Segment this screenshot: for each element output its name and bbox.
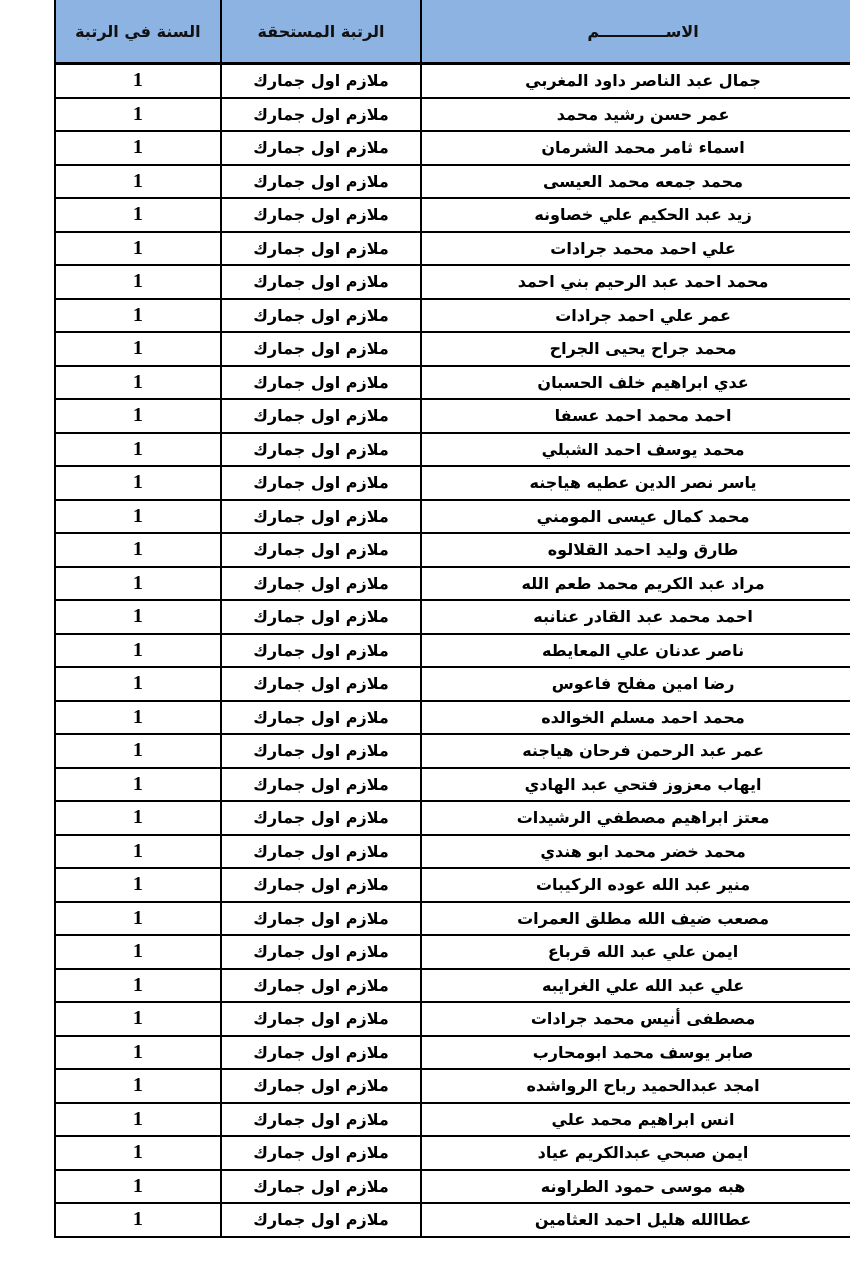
table-row: عدي ابراهيم خلف الحسبانملازم اول جمارك1 xyxy=(55,366,850,400)
table-row: ايمن صبحي عبدالكريم عيادملازم اول جمارك1 xyxy=(55,1136,850,1170)
promotion-table: الاســــــــــــم الرتبة المستحقة السنة … xyxy=(54,0,850,1238)
table-row: عمر عبد الرحمن فرحان هياجنهملازم اول جما… xyxy=(55,734,850,768)
cell-year: 1 xyxy=(55,1170,221,1204)
cell-rank: ملازم اول جمارك xyxy=(221,1069,422,1103)
cell-name: جمال عبد الناصر داود المغربي xyxy=(421,64,850,98)
cell-rank: ملازم اول جمارك xyxy=(221,768,422,802)
cell-rank: ملازم اول جمارك xyxy=(221,667,422,701)
cell-year: 1 xyxy=(55,399,221,433)
cell-rank: ملازم اول جمارك xyxy=(221,902,422,936)
table-row: احمد محمد احمد عسفاملازم اول جمارك1 xyxy=(55,399,850,433)
table-row: مصعب ضيف الله مطلق العمراتملازم اول جمار… xyxy=(55,902,850,936)
cell-rank: ملازم اول جمارك xyxy=(221,1170,422,1204)
table-row: ناصر عدنان علي المعايطهملازم اول جمارك1 xyxy=(55,634,850,668)
table-row: اسماء ثامر محمد الشرمانملازم اول جمارك1 xyxy=(55,131,850,165)
cell-name: رضا امين مفلح فاعوس xyxy=(421,667,850,701)
cell-rank: ملازم اول جمارك xyxy=(221,634,422,668)
cell-year: 1 xyxy=(55,98,221,132)
cell-name: علي احمد محمد جرادات xyxy=(421,232,850,266)
cell-name: ناصر عدنان علي المعايطه xyxy=(421,634,850,668)
cell-rank: ملازم اول جمارك xyxy=(221,969,422,1003)
table-row: عمر علي احمد جراداتملازم اول جمارك1 xyxy=(55,299,850,333)
cell-rank: ملازم اول جمارك xyxy=(221,265,422,299)
table-row: زيد عبد الحكيم علي خصاونهملازم اول جمارك… xyxy=(55,198,850,232)
table-row: طارق وليد احمد القلالوهملازم اول جمارك1 xyxy=(55,533,850,567)
cell-year: 1 xyxy=(55,1069,221,1103)
cell-year: 1 xyxy=(55,1036,221,1070)
table-row: ايمن علي عبد الله قرباعملازم اول جمارك1 xyxy=(55,935,850,969)
cell-name: علي عبد الله علي الغرايبه xyxy=(421,969,850,1003)
table-row: عطاالله هليل احمد العثامينملازم اول جمار… xyxy=(55,1203,850,1237)
cell-year: 1 xyxy=(55,332,221,366)
table-row: محمد جمعه محمد العيسىملازم اول جمارك1 xyxy=(55,165,850,199)
cell-rank: ملازم اول جمارك xyxy=(221,500,422,534)
cell-rank: ملازم اول جمارك xyxy=(221,232,422,266)
cell-name: عمر حسن رشيد محمد xyxy=(421,98,850,132)
cell-year: 1 xyxy=(55,969,221,1003)
cell-name: محمد يوسف احمد الشبلي xyxy=(421,433,850,467)
cell-rank: ملازم اول جمارك xyxy=(221,1203,422,1237)
cell-rank: ملازم اول جمارك xyxy=(221,734,422,768)
cell-name: محمد جمعه محمد العيسى xyxy=(421,165,850,199)
cell-name: محمد جراح يحيى الجراح xyxy=(421,332,850,366)
cell-name: محمد خضر محمد ابو هندي xyxy=(421,835,850,869)
cell-rank: ملازم اول جمارك xyxy=(221,399,422,433)
cell-rank: ملازم اول جمارك xyxy=(221,198,422,232)
cell-rank: ملازم اول جمارك xyxy=(221,600,422,634)
cell-year: 1 xyxy=(55,935,221,969)
cell-year: 1 xyxy=(55,299,221,333)
cell-year: 1 xyxy=(55,600,221,634)
cell-name: عدي ابراهيم خلف الحسبان xyxy=(421,366,850,400)
table-row: عمر حسن رشيد محمدملازم اول جمارك1 xyxy=(55,98,850,132)
table-row: محمد احمد عبد الرحيم بني احمدملازم اول ج… xyxy=(55,265,850,299)
table-row: رضا امين مفلح فاعوسملازم اول جمارك1 xyxy=(55,667,850,701)
table-header-row: الاســــــــــــم الرتبة المستحقة السنة … xyxy=(55,0,850,64)
cell-name: معتز ابراهيم مصطفي الرشيدات xyxy=(421,801,850,835)
cell-name: مصعب ضيف الله مطلق العمرات xyxy=(421,902,850,936)
cell-year: 1 xyxy=(55,902,221,936)
cell-rank: ملازم اول جمارك xyxy=(221,64,422,98)
cell-rank: ملازم اول جمارك xyxy=(221,433,422,467)
cell-name: عمر علي احمد جرادات xyxy=(421,299,850,333)
cell-rank: ملازم اول جمارك xyxy=(221,1136,422,1170)
table-row: محمد جراح يحيى الجراحملازم اول جمارك1 xyxy=(55,332,850,366)
cell-rank: ملازم اول جمارك xyxy=(221,1002,422,1036)
cell-year: 1 xyxy=(55,500,221,534)
cell-rank: ملازم اول جمارك xyxy=(221,366,422,400)
cell-name: زيد عبد الحكيم علي خصاونه xyxy=(421,198,850,232)
table-row: علي عبد الله علي الغرايبهملازم اول جمارك… xyxy=(55,969,850,1003)
table-row: محمد احمد مسلم الخوالدهملازم اول جمارك1 xyxy=(55,701,850,735)
cell-name: مصطفى أنيس محمد جرادات xyxy=(421,1002,850,1036)
table-row: ايهاب معزوز فتحي عبد الهاديملازم اول جما… xyxy=(55,768,850,802)
cell-name: احمد محمد احمد عسفا xyxy=(421,399,850,433)
cell-name: طارق وليد احمد القلالوه xyxy=(421,533,850,567)
table-row: محمد كمال عيسى المومنيملازم اول جمارك1 xyxy=(55,500,850,534)
table-row: معتز ابراهيم مصطفي الرشيداتملازم اول جما… xyxy=(55,801,850,835)
cell-rank: ملازم اول جمارك xyxy=(221,1036,422,1070)
cell-year: 1 xyxy=(55,64,221,98)
cell-year: 1 xyxy=(55,533,221,567)
cell-name: هبه موسى حمود الطراونه xyxy=(421,1170,850,1204)
table-row: صابر يوسف محمد ابومحاربملازم اول جمارك1 xyxy=(55,1036,850,1070)
cell-rank: ملازم اول جمارك xyxy=(221,567,422,601)
cell-name: عطاالله هليل احمد العثامين xyxy=(421,1203,850,1237)
cell-name: ايمن صبحي عبدالكريم عياد xyxy=(421,1136,850,1170)
cell-name: عمر عبد الرحمن فرحان هياجنه xyxy=(421,734,850,768)
cell-year: 1 xyxy=(55,801,221,835)
cell-year: 1 xyxy=(55,232,221,266)
table-body: جمال عبد الناصر داود المغربيملازم اول جم… xyxy=(55,64,850,1237)
table-row: احمد محمد عبد القادر عنانبهملازم اول جما… xyxy=(55,600,850,634)
cell-name: منير عبد الله عوده الركيبات xyxy=(421,868,850,902)
cell-rank: ملازم اول جمارك xyxy=(221,131,422,165)
cell-year: 1 xyxy=(55,265,221,299)
header-name: الاســــــــــــم xyxy=(421,0,850,64)
cell-year: 1 xyxy=(55,667,221,701)
cell-rank: ملازم اول جمارك xyxy=(221,466,422,500)
cell-year: 1 xyxy=(55,198,221,232)
table-row: مصطفى أنيس محمد جراداتملازم اول جمارك1 xyxy=(55,1002,850,1036)
cell-year: 1 xyxy=(55,131,221,165)
cell-name: اسماء ثامر محمد الشرمان xyxy=(421,131,850,165)
cell-rank: ملازم اول جمارك xyxy=(221,98,422,132)
cell-rank: ملازم اول جمارك xyxy=(221,299,422,333)
cell-year: 1 xyxy=(55,165,221,199)
cell-name: انس ابراهيم محمد علي xyxy=(421,1103,850,1137)
cell-rank: ملازم اول جمارك xyxy=(221,935,422,969)
cell-name: صابر يوسف محمد ابومحارب xyxy=(421,1036,850,1070)
cell-rank: ملازم اول جمارك xyxy=(221,533,422,567)
cell-year: 1 xyxy=(55,1136,221,1170)
cell-rank: ملازم اول جمارك xyxy=(221,1103,422,1137)
cell-year: 1 xyxy=(55,567,221,601)
table-row: منير عبد الله عوده الركيباتملازم اول جما… xyxy=(55,868,850,902)
cell-name: ايمن علي عبد الله قرباع xyxy=(421,935,850,969)
cell-year: 1 xyxy=(55,1002,221,1036)
cell-year: 1 xyxy=(55,466,221,500)
cell-name: ايهاب معزوز فتحي عبد الهادي xyxy=(421,768,850,802)
cell-year: 1 xyxy=(55,433,221,467)
header-year: السنة في الرتبة xyxy=(55,0,221,64)
cell-name: احمد محمد عبد القادر عنانبه xyxy=(421,600,850,634)
cell-rank: ملازم اول جمارك xyxy=(221,868,422,902)
cell-year: 1 xyxy=(55,1203,221,1237)
table-row: محمد يوسف احمد الشبليملازم اول جمارك1 xyxy=(55,433,850,467)
cell-year: 1 xyxy=(55,734,221,768)
cell-rank: ملازم اول جمارك xyxy=(221,801,422,835)
cell-year: 1 xyxy=(55,835,221,869)
table-row: انس ابراهيم محمد عليملازم اول جمارك1 xyxy=(55,1103,850,1137)
cell-rank: ملازم اول جمارك xyxy=(221,165,422,199)
table-row: محمد خضر محمد ابو هنديملازم اول جمارك1 xyxy=(55,835,850,869)
cell-year: 1 xyxy=(55,366,221,400)
cell-name: ياسر نصر الدين عطيه هياجنه xyxy=(421,466,850,500)
cell-year: 1 xyxy=(55,1103,221,1137)
cell-name: محمد احمد عبد الرحيم بني احمد xyxy=(421,265,850,299)
table-row: هبه موسى حمود الطراونهملازم اول جمارك1 xyxy=(55,1170,850,1204)
cell-rank: ملازم اول جمارك xyxy=(221,835,422,869)
cell-year: 1 xyxy=(55,701,221,735)
table-row: مراد عبد الكريم محمد طعم اللهملازم اول ج… xyxy=(55,567,850,601)
cell-name: محمد احمد مسلم الخوالده xyxy=(421,701,850,735)
table-row: امجد عبدالحميد رباح الرواشدهملازم اول جم… xyxy=(55,1069,850,1103)
promotion-table-container: الاســــــــــــم الرتبة المستحقة السنة … xyxy=(54,0,850,1238)
cell-year: 1 xyxy=(55,634,221,668)
table-row: ياسر نصر الدين عطيه هياجنهملازم اول جمار… xyxy=(55,466,850,500)
cell-rank: ملازم اول جمارك xyxy=(221,332,422,366)
header-rank: الرتبة المستحقة xyxy=(221,0,422,64)
table-row: جمال عبد الناصر داود المغربيملازم اول جم… xyxy=(55,64,850,98)
cell-name: امجد عبدالحميد رباح الرواشده xyxy=(421,1069,850,1103)
cell-rank: ملازم اول جمارك xyxy=(221,701,422,735)
cell-name: محمد كمال عيسى المومني xyxy=(421,500,850,534)
cell-year: 1 xyxy=(55,768,221,802)
cell-name: مراد عبد الكريم محمد طعم الله xyxy=(421,567,850,601)
table-row: علي احمد محمد جراداتملازم اول جمارك1 xyxy=(55,232,850,266)
cell-year: 1 xyxy=(55,868,221,902)
